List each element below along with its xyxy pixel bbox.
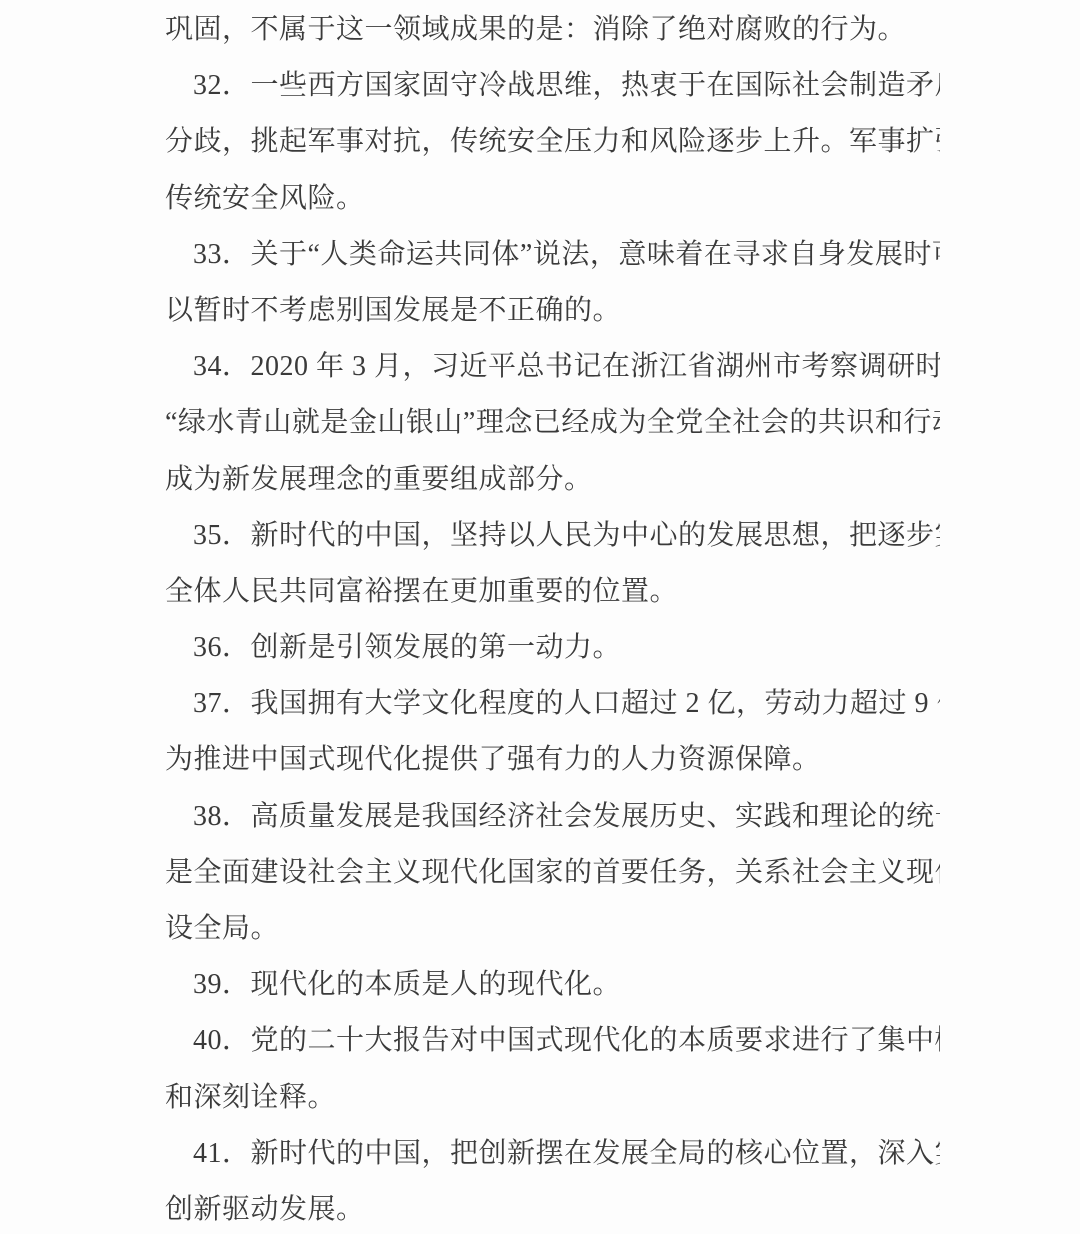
text-line-item-32-cont: 传统安全风险。 xyxy=(165,171,940,227)
text-line-item-33-cont: 以暂时不考虑别国发展是不正确的。 xyxy=(165,283,940,339)
text-line-item-38-cont: 是全面建设社会主义现代化国家的首要任务，关系社会主义现代化建 xyxy=(165,845,940,901)
text-line-item-41: 41．新时代的中国，把创新摆在发展全局的核心位置，深入实施 xyxy=(165,1126,940,1182)
text-line-item-41-cont: 创新驱动发展。 xyxy=(165,1182,940,1234)
text-line-item-35: 35．新时代的中国，坚持以人民为中心的发展思想，把逐步实现 xyxy=(165,508,940,564)
text-line-item-33: 33．关于“人类命运共同体”说法，意味着在寻求自身发展时可 xyxy=(165,227,940,283)
text-line-item-35-cont: 全体人民共同富裕摆在更加重要的位置。 xyxy=(165,564,940,620)
document-page: 巩固，不属于这一领域成果的是：消除了绝对腐败的行为。 32．一些西方国家固守冷战… xyxy=(0,0,1080,1234)
text-line-item-34: 34．2020 年 3 月，习近平总书记在浙江省湖州市考察调研时强调， xyxy=(165,339,940,395)
text-line-item-37: 37．我国拥有大学文化程度的人口超过 2 亿，劳动力超过 9 亿， xyxy=(165,676,940,732)
text-line-item-32-cont: 分歧，挑起军事对抗，传统安全压力和风险逐步上升。军事扩张属于 xyxy=(165,114,940,170)
text-line-item-37-cont: 为推进中国式现代化提供了强有力的人力资源保障。 xyxy=(165,732,940,788)
text-line-item-38: 38．高质量发展是我国经济社会发展历史、实践和理论的统一， xyxy=(165,789,940,845)
text-line-item-34-cont: 成为新发展理念的重要组成部分。 xyxy=(165,452,940,508)
text-line-31-continuation: 巩固，不属于这一领域成果的是：消除了绝对腐败的行为。 xyxy=(165,2,940,58)
text-line-item-39: 39．现代化的本质是人的现代化。 xyxy=(165,957,940,1013)
text-line-item-34-cont: “绿水青山就是金山银山”理念已经成为全党全社会的共识和行动， xyxy=(165,395,940,451)
text-line-item-36: 36．创新是引领发展的第一动力。 xyxy=(165,620,940,676)
text-line-item-32: 32．一些西方国家固守冷战思维，热衷于在国际社会制造矛盾和 xyxy=(165,58,940,114)
text-line-item-40: 40．党的二十大报告对中国式现代化的本质要求进行了集中概括 xyxy=(165,1013,940,1069)
text-line-item-40-cont: 和深刻诠释。 xyxy=(165,1070,940,1126)
text-line-item-38-cont: 设全局。 xyxy=(165,901,940,957)
